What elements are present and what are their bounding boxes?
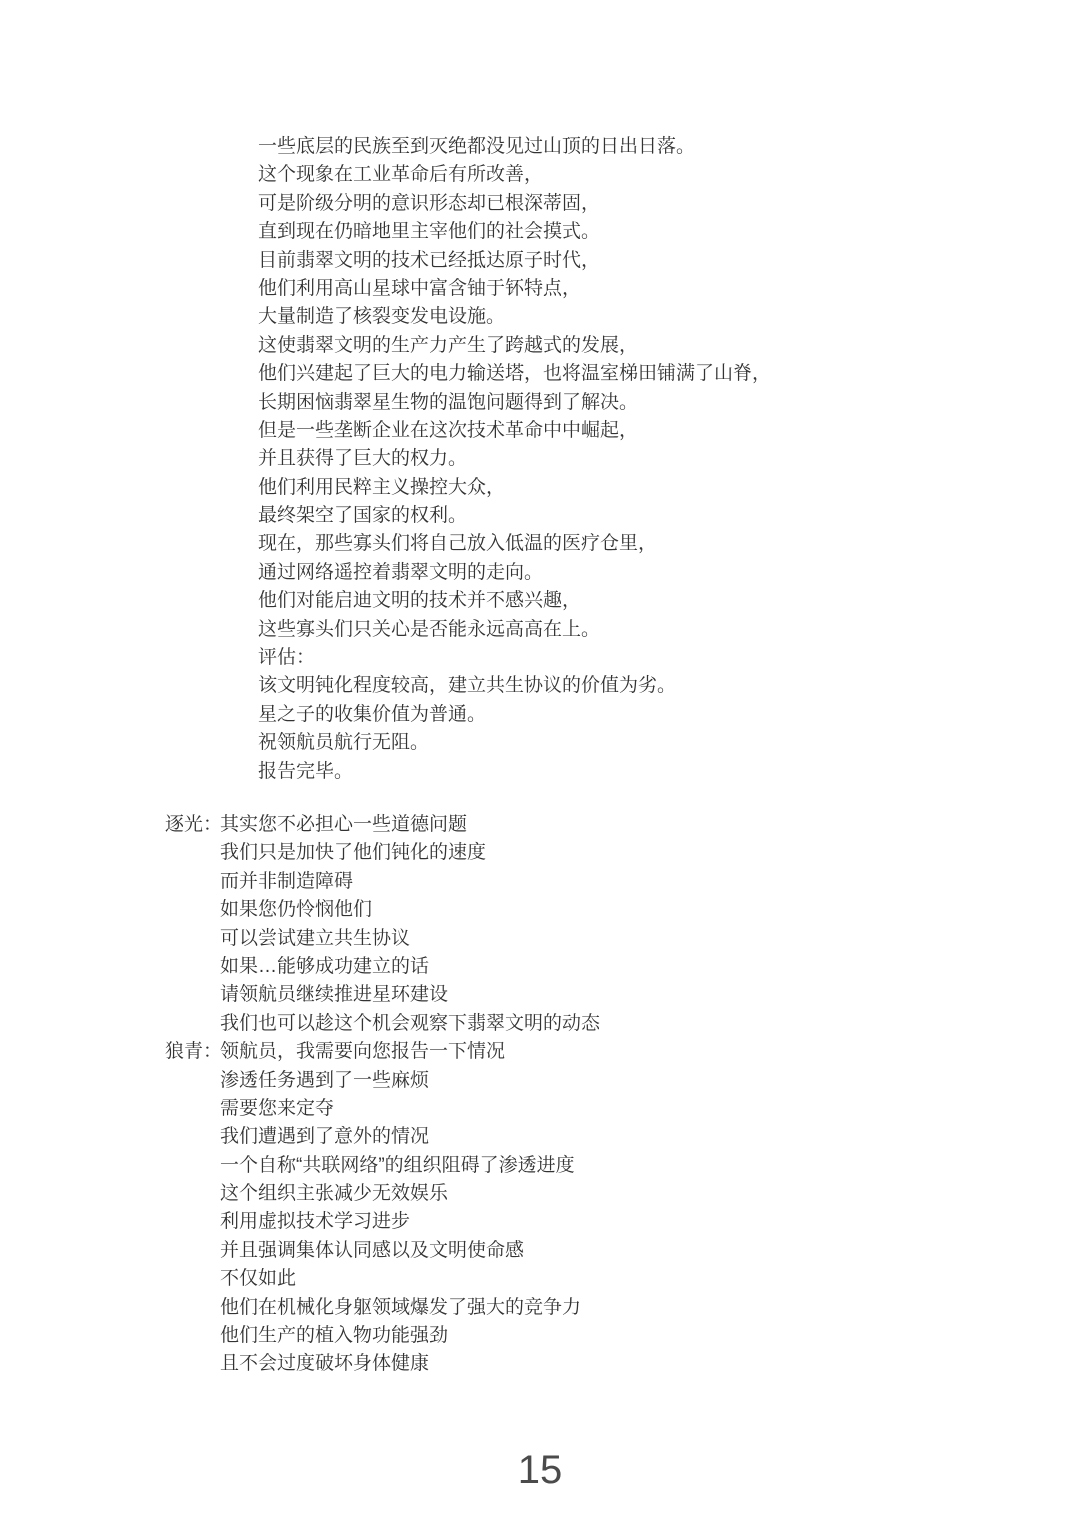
dialogue-line: 且不会过度破坏身体健康 xyxy=(220,1350,600,1378)
dialogue-line: 不仅如此 xyxy=(220,1265,600,1293)
dialogue-line: 请领航员继续推进星环建设 xyxy=(220,981,600,1009)
report-line: 报告完毕。 xyxy=(258,758,771,786)
dialogue-line: 领航员，我需要向您报告一下情况 xyxy=(220,1038,600,1066)
report-line: 长期困恼翡翠星生物的温饱问题得到了解决。 xyxy=(258,389,771,417)
speaker-label: 狼青： xyxy=(165,1038,222,1066)
dialogue-line: 并且强调集体认同感以及文明使命感 xyxy=(220,1237,600,1265)
dialogue-block-langqing: 狼青： 领航员，我需要向您报告一下情况渗透任务遇到了一些麻烦需要您来定夺我们遭遇… xyxy=(165,1038,600,1379)
report-line: 目前翡翠文明的技术已经抵达原子时代， xyxy=(258,247,771,275)
dialogue-section: 逐光： 其实您不必担心一些道德问题我们只是加快了他们钝化的速度而并非制造障碍如果… xyxy=(165,811,600,1379)
dialogue-line: 他们在机械化身躯领域爆发了强大的竞争力 xyxy=(220,1294,600,1322)
dialogue-line: 我们只是加快了他们钝化的速度 xyxy=(220,839,600,867)
dialogue-line: 需要您来定夺 xyxy=(220,1095,600,1123)
dialogue-line: 渗透任务遇到了一些麻烦 xyxy=(220,1067,600,1095)
report-line: 他们兴建起了巨大的电力输送塔，也将温室梯田铺满了山脊， xyxy=(258,360,771,388)
report-line: 他们对能启迪文明的技术并不感兴趣， xyxy=(258,587,771,615)
dialogue-line: 他们生产的植入物功能强劲 xyxy=(220,1322,600,1350)
report-line: 一些底层的民族至到灭绝都没见过山顶的日出日落。 xyxy=(258,133,771,161)
report-line: 现在，那些寡头们将自己放入低温的医疗仓里， xyxy=(258,530,771,558)
dialogue-line: 我们遭遇到了意外的情况 xyxy=(220,1123,600,1151)
dialogue-line: 其实您不必担心一些道德问题 xyxy=(220,811,600,839)
dialogue-line: 这个组织主张减少无效娱乐 xyxy=(220,1180,600,1208)
dialogue-lines: 领航员，我需要向您报告一下情况渗透任务遇到了一些麻烦需要您来定夺我们遭遇到了意外… xyxy=(220,1038,600,1379)
report-block: 一些底层的民族至到灭绝都没见过山顶的日出日落。这个现象在工业革命后有所改善，可是… xyxy=(258,133,771,786)
report-line: 祝领航员航行无阻。 xyxy=(258,729,771,757)
document-page: 一些底层的民族至到灭绝都没见过山顶的日出日落。这个现象在工业革命后有所改善，可是… xyxy=(0,0,1080,1527)
report-line: 这些寡头们只关心是否能永远高高在上。 xyxy=(258,616,771,644)
dialogue-line: 如果您仍怜悯他们 xyxy=(220,896,600,924)
report-line: 他们利用高山星球中富含铀于钚特点， xyxy=(258,275,771,303)
report-line: 这个现象在工业革命后有所改善， xyxy=(258,161,771,189)
report-line: 但是一些垄断企业在这次技术革命中中崛起， xyxy=(258,417,771,445)
report-line: 这使翡翠文明的生产力产生了跨越式的发展， xyxy=(258,332,771,360)
speaker-label: 逐光： xyxy=(165,811,222,839)
dialogue-block-zhuguang: 逐光： 其实您不必担心一些道德问题我们只是加快了他们钝化的速度而并非制造障碍如果… xyxy=(165,811,600,1038)
report-line: 通过网络遥控着翡翠文明的走向。 xyxy=(258,559,771,587)
report-line: 最终架空了国家的权利。 xyxy=(258,502,771,530)
dialogue-line: 我们也可以趁这个机会观察下翡翠文明的动态 xyxy=(220,1010,600,1038)
dialogue-lines: 其实您不必担心一些道德问题我们只是加快了他们钝化的速度而并非制造障碍如果您仍怜悯… xyxy=(220,811,600,1038)
report-line: 评估： xyxy=(258,644,771,672)
report-line: 他们利用民粹主义操控大众， xyxy=(258,474,771,502)
report-line: 大量制造了核裂变发电设施。 xyxy=(258,303,771,331)
dialogue-line: 一个自称“共联网络”的组织阻碍了渗透进度 xyxy=(220,1152,600,1180)
dialogue-line: 而并非制造障碍 xyxy=(220,868,600,896)
dialogue-line: 如果…能够成功建立的话 xyxy=(220,953,600,981)
report-line: 星之子的收集价值为普通。 xyxy=(258,701,771,729)
dialogue-line: 利用虚拟技术学习进步 xyxy=(220,1208,600,1236)
report-line: 该文明钝化程度较高，建立共生协议的价值为劣。 xyxy=(258,672,771,700)
report-line: 直到现在仍暗地里主宰他们的社会摸式。 xyxy=(258,218,771,246)
report-line: 可是阶级分明的意识形态却已根深蒂固， xyxy=(258,190,771,218)
page-number: 15 xyxy=(0,1446,1080,1494)
dialogue-line: 可以尝试建立共生协议 xyxy=(220,925,600,953)
report-line: 并且获得了巨大的权力。 xyxy=(258,445,771,473)
